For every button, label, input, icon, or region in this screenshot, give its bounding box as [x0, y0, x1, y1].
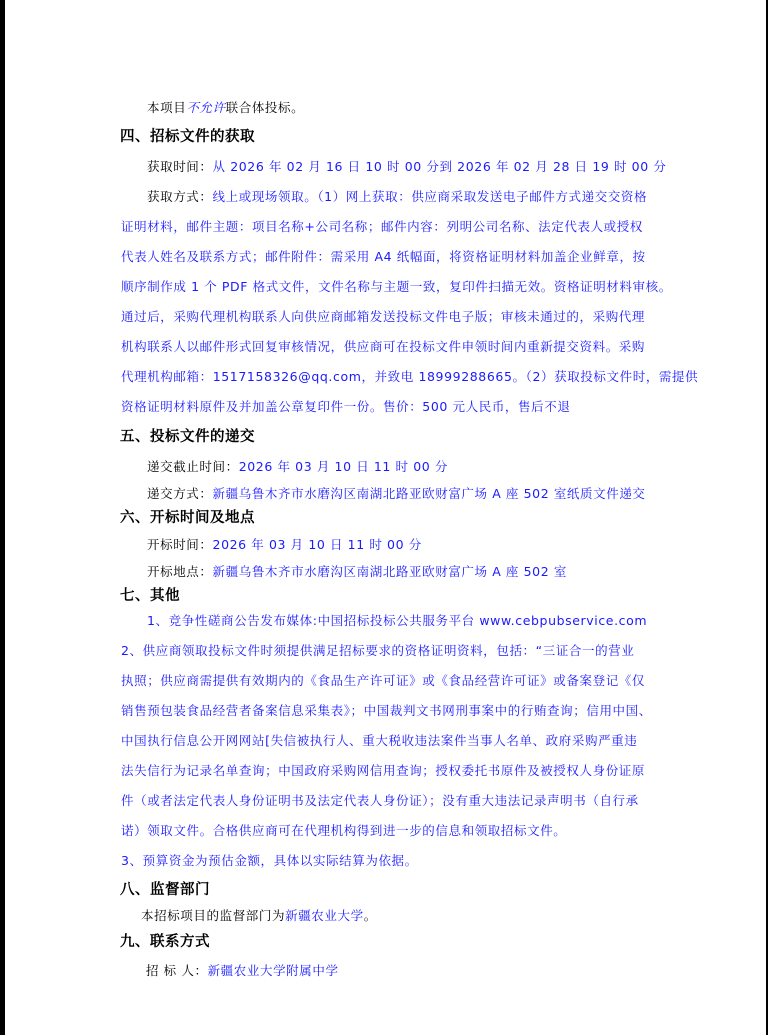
section-4-heading: 四、招标文件的获取: [120, 128, 255, 146]
acquire-method-line-4: 通过后，采购代理机构联系人向供应商邮箱发送投标文件电子版；审核未通过的，采购代理: [121, 309, 645, 325]
acquire-time-value: 从 2026 年 02 月 16 日 10 时 00 分到 2026 年 02 …: [213, 159, 667, 174]
other-item-2-line-3: 中国执行信息公开网网站[失信被执行人、重大税收违法案件当事人名单、政府采购严重违: [121, 733, 637, 749]
submit-deadline-label: 递交截止时间：: [147, 459, 239, 474]
opening-place-line: 开标地点：新疆乌鲁木齐市水磨沟区南湖北路亚欧财富广场 A 座 502 室: [147, 564, 567, 580]
document-page: 本项目不允许联合体投标。 四、招标文件的获取 获取时间：从 2026 年 02 …: [0, 0, 768, 1035]
submit-method-label: 递交方式：: [147, 486, 213, 501]
acquire-method-line-0: 获取方式：线上或现场领取。（1）网上获取：供应商采取发送电子邮件方式递交交资格: [147, 189, 647, 205]
other-item-2-line-5: 件（或者法定代表人身份证明书及法定代表人身份证）；没有重大违法记录声明书（自行承: [121, 793, 639, 809]
tenderer-line: 招 标 人：新疆农业大学附属中学: [146, 963, 339, 979]
opening-time-label: 开标时间：: [147, 537, 213, 552]
other-item-3: 3、预算资金为预估金额，具体以实际结算为依据。: [121, 853, 418, 869]
opening-place-value: 新疆乌鲁木齐市水磨沟区南湖北路亚欧财富广场 A 座 502 室: [213, 564, 567, 579]
acquire-method-text: 线上或现场领取。（1）网上获取：供应商采取发送电子邮件方式递交交资格: [213, 189, 648, 204]
submit-deadline-line: 递交截止时间：2026 年 03 月 10 日 11 时 00 分: [147, 459, 448, 475]
other-item-2-line-0: 2、供应商领取投标文件时须提供满足招标要求的资格证明资料，包括：“三证合一的营业: [121, 643, 634, 659]
other-item-2-line-1: 执照；供应商需提供有效期内的《食品生产许可证》或《食品经营许可证》或备案登记《仅: [121, 673, 645, 689]
other-item-2-line-6: 诺）领取文件。合格供应商可在代理机构得到进一步的信息和领取招标文件。: [121, 823, 566, 839]
acquire-method-line-7: 资格证明材料原件及并加盖公章复印件一份。售价：500 元人民币，售后不退: [121, 399, 570, 415]
section-8-heading: 八、监督部门: [120, 881, 210, 899]
acquire-method-line-3: 顺序制作成 1 个 PDF 格式文件，文件名称与主题一致，复印件扫描无效。资格证…: [121, 279, 672, 295]
supervision-line: 本招标项目的监督部门为新疆农业大学。: [141, 908, 377, 924]
section-7-heading: 七、其他: [120, 587, 180, 605]
other-item-1: 1、竞争性磋商公告发布媒体:中国招标投标公共服务平台 www.cebpubser…: [147, 613, 647, 629]
supervision-value: 新疆农业大学: [285, 908, 364, 923]
acquire-method-line-1: 证明材料，邮件主题：项目名称+公司名称；邮件内容：列明公司名称、法定代表人或授权: [121, 219, 643, 235]
other-item-2-line-4: 法失信行为记录名单查询；中国政府采购网信用查询；授权委托书原件及被授权人身份证原: [121, 763, 645, 779]
consortium-value: 不允许: [186, 100, 225, 115]
submit-method-line: 递交方式：新疆乌鲁木齐市水磨沟区南湖北路亚欧财富广场 A 座 502 室纸质文件…: [147, 486, 646, 502]
acquire-method-line-6: 代理机构邮箱：1517158326@qq.com，并致电 18999288665…: [121, 369, 698, 385]
consortium-suffix: 联合体投标。: [226, 100, 305, 115]
section-5-heading: 五、投标文件的递交: [120, 428, 255, 446]
acquire-time-label: 获取时间：: [147, 159, 213, 174]
acquire-time-line: 获取时间：从 2026 年 02 月 16 日 10 时 00 分到 2026 …: [147, 159, 666, 175]
submit-method-value: 新疆乌鲁木齐市水磨沟区南湖北路亚欧财富广场 A 座 502 室纸质文件递交: [213, 486, 646, 501]
consortium-line: 本项目不允许联合体投标。: [147, 100, 304, 116]
acquire-method-label: 获取方式：: [147, 189, 213, 204]
acquire-method-line-2: 代表人姓名及联系方式；邮件附件：需采用 A4 纸幅面，将资格证明材料加盖企业鲜章…: [121, 249, 646, 265]
supervision-prefix: 本招标项目的监督部门为: [141, 908, 285, 923]
section-9-heading: 九、联系方式: [120, 933, 210, 951]
tenderer-label: 招 标 人：: [146, 963, 208, 978]
tenderer-value: 新疆农业大学附属中学: [208, 963, 339, 978]
acquire-method-line-5: 机构联系人以邮件形式回复审核情况，供应商可在投标文件申领时间内重新提交资料。采购: [121, 339, 645, 355]
other-item-2-line-2: 销售预包装食品经营者备案信息采集表》；中国裁判文书网刑事案中的行贿查询；信用中国…: [121, 703, 652, 719]
consortium-prefix: 本项目: [147, 100, 186, 115]
supervision-suffix: 。: [364, 908, 377, 923]
submit-deadline-value: 2026 年 03 月 10 日 11 时 00 分: [239, 459, 448, 474]
opening-time-line: 开标时间：2026 年 03 月 10 日 11 时 00 分: [147, 537, 422, 553]
opening-place-label: 开标地点：: [147, 564, 213, 579]
opening-time-value: 2026 年 03 月 10 日 11 时 00 分: [213, 537, 422, 552]
section-6-heading: 六、开标时间及地点: [120, 509, 255, 527]
